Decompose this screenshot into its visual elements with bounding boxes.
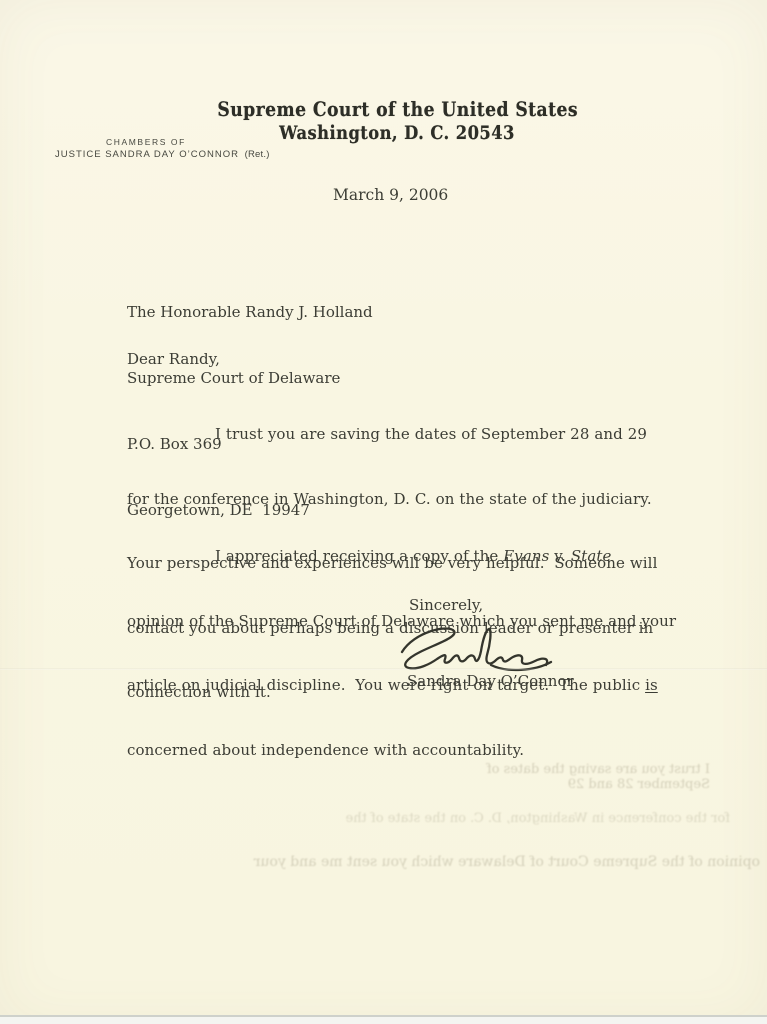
scanner-edge-strip: [0, 1015, 767, 1024]
case-name-evans: Evans: [503, 547, 549, 565]
justice-name: JUSTICE SANDRA DAY O’CONNOR: [55, 149, 239, 160]
justice-ret-suffix: (Ret.): [239, 149, 270, 160]
salutation: Dear Randy,: [127, 350, 220, 368]
p2-text: I appreciated receiving a copy of the: [215, 547, 503, 565]
letterhead-city-zip: Washington, D. C. 20543: [279, 122, 515, 144]
reverse-side-showthrough: opinion of the Supreme Court of Delaware…: [135, 852, 760, 916]
p2-text: v.: [549, 547, 570, 565]
chambers-justice-line: JUSTICE SANDRA DAY O’CONNOR (Ret.): [55, 149, 270, 160]
paper-fold-crease: [0, 668, 767, 670]
p2-line3: article on judicial discipline. You were…: [127, 675, 676, 697]
reverse-side-showthrough: for the conference in Washington, D. C. …: [330, 810, 730, 830]
scanned-letter-page: Supreme Court of the United States Washi…: [0, 0, 767, 1024]
chambers-of-label: CHAMBERS OF: [106, 137, 186, 147]
letter-date: March 9, 2006: [333, 186, 448, 204]
p1-line1: I trust you are saving the dates of Sept…: [127, 424, 657, 446]
p2-line1: I appreciated receiving a copy of the Ev…: [127, 546, 676, 568]
p2-line4: concerned about independence with accoun…: [127, 740, 676, 762]
case-name-state: State: [571, 547, 612, 565]
recipient-name: The Honorable Randy J. Holland: [127, 301, 373, 323]
typed-signature-name: Sandra Day O’Connor: [407, 672, 574, 690]
underlined-is: is: [645, 676, 658, 694]
valediction: Sincerely,: [409, 596, 483, 614]
